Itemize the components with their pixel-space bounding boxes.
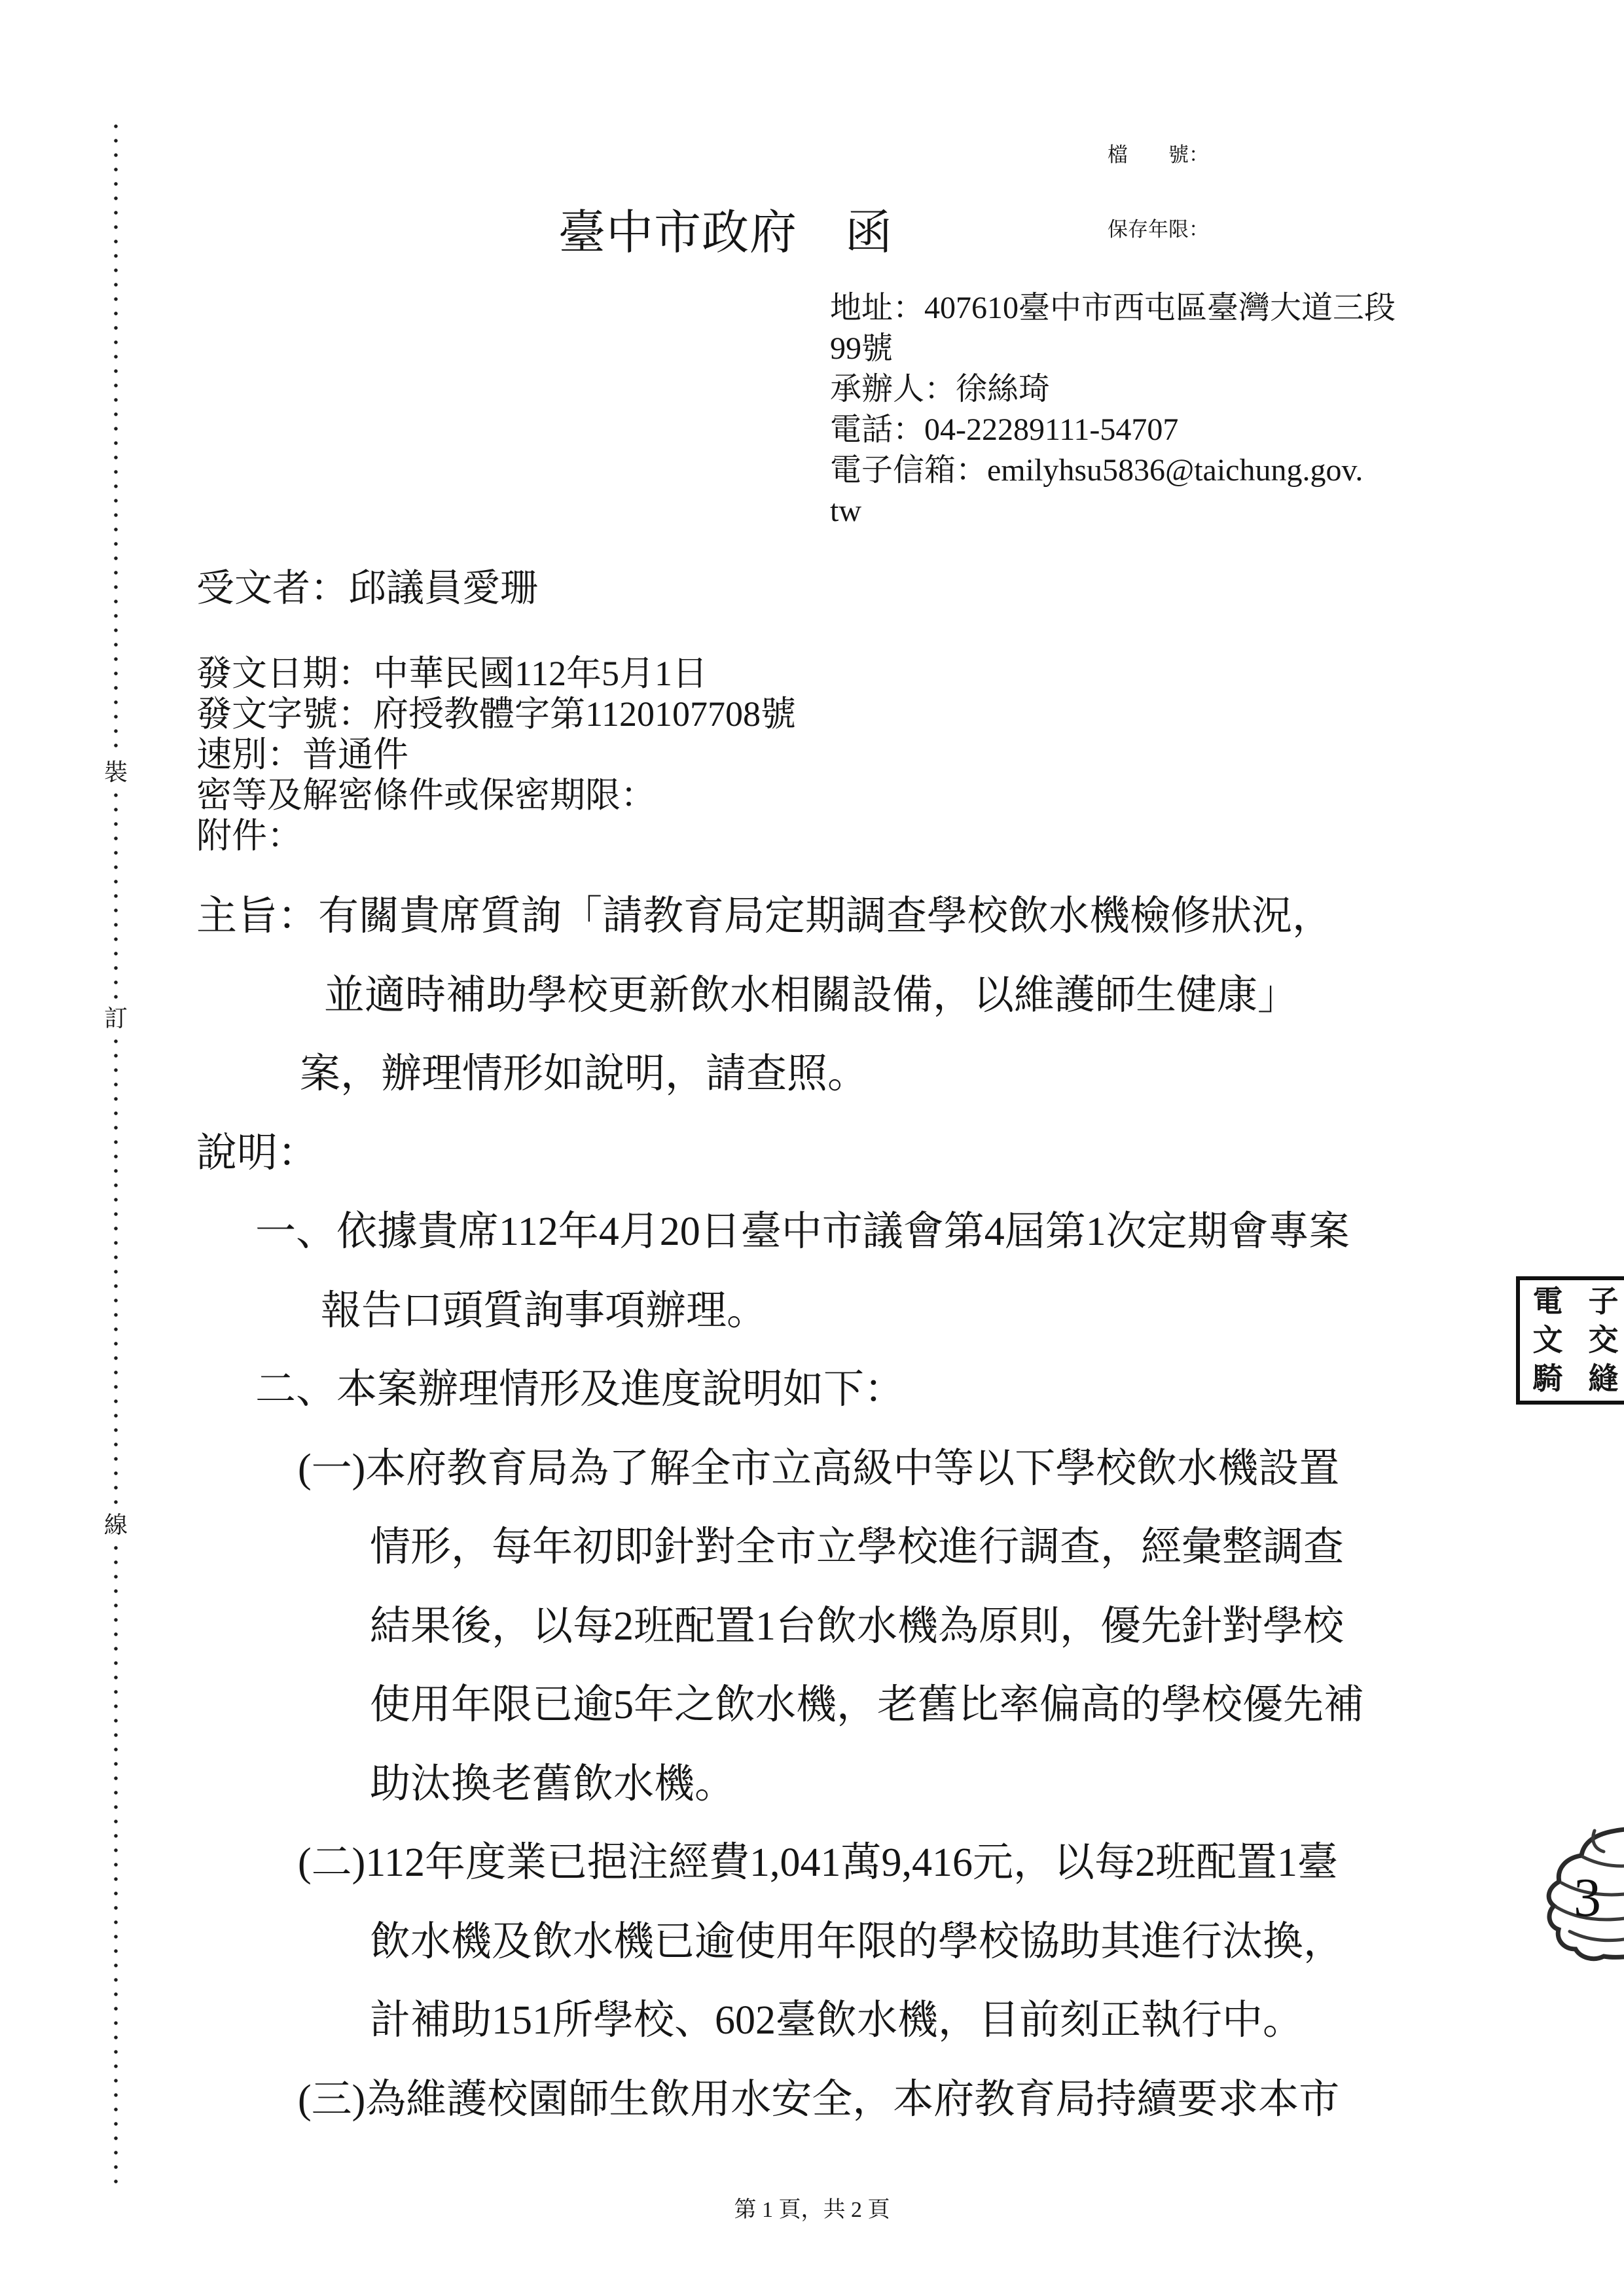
page-marker-number: 3: [1574, 1867, 1601, 1928]
explanation-heading: 說明：: [0, 1114, 1624, 1193]
reference-number-line: 發文字號：府授教體字第1120107708號: [196, 694, 796, 734]
subject-line-3: 案，辦理情形如說明，請查照。: [0, 1035, 1624, 1114]
binding-mark-xian: 線: [101, 1511, 130, 1539]
item-2-heading: 二、本案辦理情形及進度說明如下：: [0, 1350, 1624, 1429]
official-letter-page: 檔 號： 保存年限： 臺中市政府 函 地址：407610臺中市西屯區臺灣大道三段…: [0, 0, 1624, 2296]
crumpled-page-marker: 3: [1517, 1823, 1624, 1967]
binding-dotted-line-segment: [114, 124, 118, 754]
item-2-1-line-5: 助汰換老舊飲水機。: [0, 1745, 1624, 1824]
binding-dotted-line-segment: [114, 1546, 118, 2184]
letter-body: 主旨：有關貴席質詢「請教育局定期調查學校飲水機檢修狀況， 並適時補助學校更新飲水…: [0, 877, 1624, 2139]
agency-contact-block: 地址：407610臺中市西屯區臺灣大道三段 99號 承辦人：徐絲琦 電話：04-…: [830, 288, 1458, 531]
item-2-1-line-3: 結果後，以每2班配置1台飲水機為原則，優先針對學校: [0, 1587, 1624, 1666]
attachment-line: 附件：: [196, 816, 796, 856]
file-number-label: 檔 號：: [1108, 143, 1209, 168]
stamp-char: 電: [1533, 1283, 1563, 1321]
recipient-line: 受文者：邱議員愛珊: [196, 567, 538, 610]
subject-line-1: 主旨：有關貴席質詢「請教育局定期調查學校飲水機檢修狀況，: [0, 877, 1624, 956]
item-2-2-line-1: (二)112年度業已挹注經費1,041萬9,416元，以每2班配置1臺: [0, 1823, 1624, 1903]
agency-address-line2: 99號: [830, 329, 1458, 369]
binding-mark-zhuang: 裝: [101, 758, 130, 787]
item-1-line-2: 報告口頭質詢事項辦理。: [0, 1272, 1624, 1351]
item-2-2-line-3: 計補助151所學校、602臺飲水機，目前刻正執行中。: [0, 1981, 1624, 2060]
agency-contact-person: 承辦人：徐絲琦: [830, 369, 1458, 410]
retention-period-label: 保存年限：: [1108, 217, 1209, 242]
item-2-2-line-2: 飲水機及飲水機已逾使用年限的學校協助其進行汰換，: [0, 1903, 1624, 1982]
agency-phone: 電話：04-22289111-54707: [830, 410, 1458, 450]
binding-mark-ding: 訂: [101, 1004, 130, 1033]
item-2-1-line-1: (一)本府教育局為了解全市立高級中等以下學校飲水機設置: [0, 1429, 1624, 1509]
classification-line: 密等及解密條件或保密期限：: [196, 775, 796, 816]
item-2-3-line-1: (三)為維護校園師生飲用水安全，本府教育局持續要求本市: [0, 2060, 1624, 2140]
binding-dotted-line-segment: [114, 1039, 118, 1508]
item-1-line-1: 一、依據貴席112年4月20日臺中市議會第4屆第1次定期會專案: [0, 1193, 1624, 1272]
agency-email-line1: 電子信箱：emilyhsu5836@taichung.gov.: [830, 450, 1458, 491]
stamp-char: 文: [1533, 1321, 1563, 1359]
electronic-exchange-stamp: 電 子 文 交 騎 縫: [1516, 1276, 1624, 1405]
stamp-char: 縫: [1589, 1360, 1619, 1398]
subject-line-2: 並適時補助學校更新飲水相關設備，以維護師生健康」: [0, 956, 1624, 1035]
document-title: 臺中市政府 函: [558, 207, 893, 259]
archive-labels: 檔 號： 保存年限：: [1108, 93, 1209, 292]
stamp-char: 子: [1589, 1283, 1619, 1321]
stamp-char: 騎: [1533, 1360, 1563, 1398]
issue-date-line: 發文日期：中華民國112年5月1日: [196, 653, 796, 694]
binding-dotted-line-segment: [114, 793, 118, 1000]
priority-line: 速別：普通件: [196, 734, 796, 775]
agency-address-line: 地址：407610臺中市西屯區臺灣大道三段: [830, 288, 1458, 329]
document-meta-block: 發文日期：中華民國112年5月1日 發文字號：府授教體字第1120107708號…: [196, 653, 796, 856]
agency-email-line2: tw: [830, 491, 1458, 531]
item-2-1-line-4: 使用年限已逾5年之飲水機，老舊比率偏高的學校優先補: [0, 1666, 1624, 1745]
crumple-icon: 3: [1517, 1823, 1624, 1964]
item-2-1-line-2: 情形，每年初即針對全市立學校進行調查，經彙整調查: [0, 1508, 1624, 1587]
stamp-char: 交: [1589, 1321, 1619, 1359]
page-footer: 第 1 頁，共 2 頁: [0, 2191, 1624, 2223]
